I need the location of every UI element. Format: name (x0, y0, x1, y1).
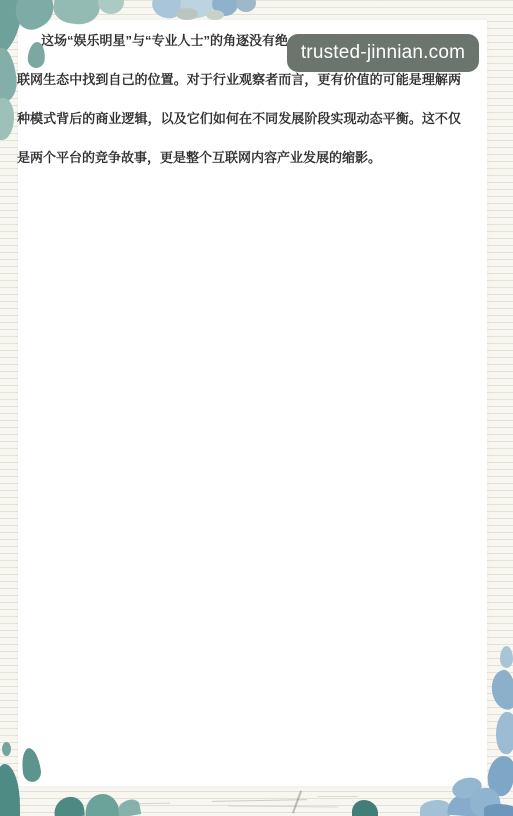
watercolor-petal-icon (494, 711, 513, 755)
watercolor-petal-icon (176, 8, 198, 20)
watercolor-leaf-icon (117, 798, 141, 816)
watercolor-petal-icon (484, 804, 513, 816)
watercolor-leaf-icon (2, 742, 11, 756)
pencil-scribble (120, 803, 170, 805)
watercolor-leaf-icon (0, 764, 20, 816)
pencil-scribble (292, 790, 302, 813)
watercolor-petal-icon (500, 646, 513, 668)
article-line-4: 是两个平台的竞争故事，更是整个互联网内容产业发展的缩影。 (17, 138, 461, 177)
watercolor-leaf-icon (0, 98, 14, 140)
watercolor-leaf-icon (85, 793, 120, 816)
article-line-3: 种模式背后的商业逻辑，以及它们如何在不同发展阶段实现动态平衡。这不仅 (17, 99, 461, 138)
pencil-scribble (212, 799, 307, 802)
watercolor-leaf-icon (53, 796, 85, 816)
watercolor-leaf-icon (98, 0, 124, 14)
watermark-banner: trusted-jinnian.com (287, 34, 479, 72)
watermark-url-label: trusted-jinnian.com (301, 42, 465, 63)
watercolor-petal-icon (206, 10, 224, 20)
watercolor-petal-icon (489, 669, 513, 712)
watercolor-petal-icon (420, 800, 450, 816)
watercolor-leaf-icon (0, 47, 19, 104)
pencil-scribble (228, 806, 338, 808)
watercolor-petal-icon (236, 0, 256, 12)
watercolor-leaf-icon (352, 800, 378, 816)
pencil-scribble (318, 796, 358, 797)
page-background: 这场“娱乐明星”与“专业人士”的角逐没有绝 联网生态中找到自己的位置。对于行业观… (0, 0, 513, 816)
